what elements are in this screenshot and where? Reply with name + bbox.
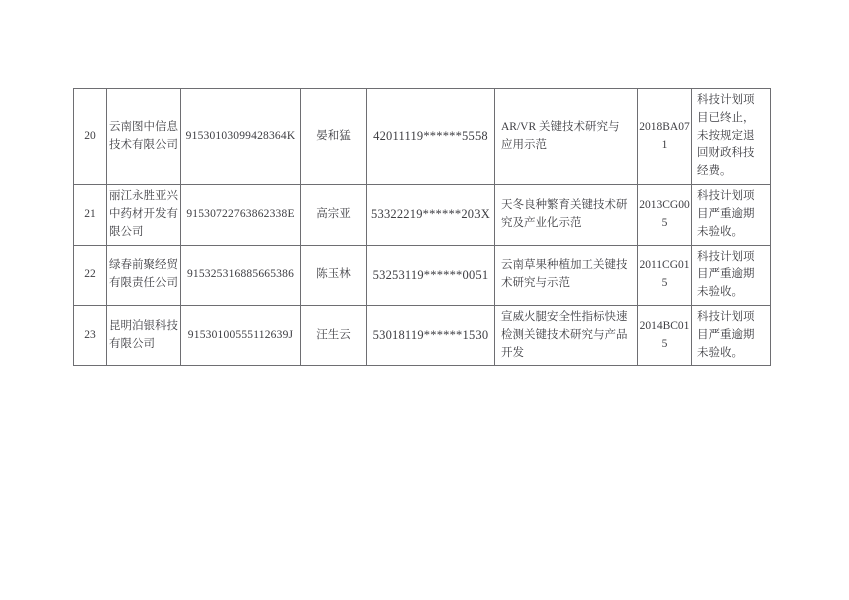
cell-project-title: 宣威火腿安全性指标快速检测关键技术研究与产品开发 [495,305,638,365]
cell-company-name: 云南图中信息技术有限公司 [107,89,181,185]
table-row: 23 昆明泊银科技有限公司 91530100555112639J 汪生云 530… [74,305,771,365]
cell-status-note: 科技计划项目已终止，未按规定退回财政科技经费。 [692,89,771,185]
table-row: 21 丽江永胜亚兴中药材开发有限公司 91530722763862338E 高宗… [74,185,771,245]
cell-company-name: 丽江永胜亚兴中药材开发有限公司 [107,185,181,245]
cell-status-note: 科技计划项目严重逾期未验收。 [692,305,771,365]
cell-credit-code: 91530103099428364K [181,89,301,185]
cell-person-name: 陈玉林 [301,245,367,305]
cell-row-number: 22 [74,245,107,305]
table-row: 20 云南图中信息技术有限公司 91530103099428364K 晏和猛 4… [74,89,771,185]
cell-company-name: 昆明泊银科技有限公司 [107,305,181,365]
cell-id-number: 53018119******1530 [367,305,495,365]
cell-credit-code: 91530722763862338E [181,185,301,245]
cell-project-code: 2011CG015 [638,245,692,305]
cell-id-number: 53253119******0051 [367,245,495,305]
cell-row-number: 20 [74,89,107,185]
cell-project-code: 2014BC015 [638,305,692,365]
projects-table: 20 云南图中信息技术有限公司 91530103099428364K 晏和猛 4… [73,88,771,366]
cell-id-number: 53322219******203X [367,185,495,245]
table-row: 22 绿春前聚经贸有限责任公司 915325316885665386 陈玉林 5… [74,245,771,305]
cell-person-name: 高宗亚 [301,185,367,245]
cell-company-name: 绿春前聚经贸有限责任公司 [107,245,181,305]
cell-row-number: 21 [74,185,107,245]
cell-person-name: 晏和猛 [301,89,367,185]
cell-credit-code: 91530100555112639J [181,305,301,365]
cell-project-code: 2018BA071 [638,89,692,185]
cell-row-number: 23 [74,305,107,365]
cell-person-name: 汪生云 [301,305,367,365]
cell-project-title: 天冬良种繁育关键技术研究及产业化示范 [495,185,638,245]
cell-status-note: 科技计划项目严重逾期未验收。 [692,245,771,305]
cell-project-title: AR/VR 关键技术研究与应用示范 [495,89,638,185]
cell-project-title: 云南草果种植加工关键技术研究与示范 [495,245,638,305]
document-page: 20 云南图中信息技术有限公司 91530103099428364K 晏和猛 4… [0,0,849,600]
cell-credit-code: 915325316885665386 [181,245,301,305]
cell-status-note: 科技计划项目严重逾期未验收。 [692,185,771,245]
cell-id-number: 42011119******5558 [367,89,495,185]
cell-project-code: 2013CG005 [638,185,692,245]
